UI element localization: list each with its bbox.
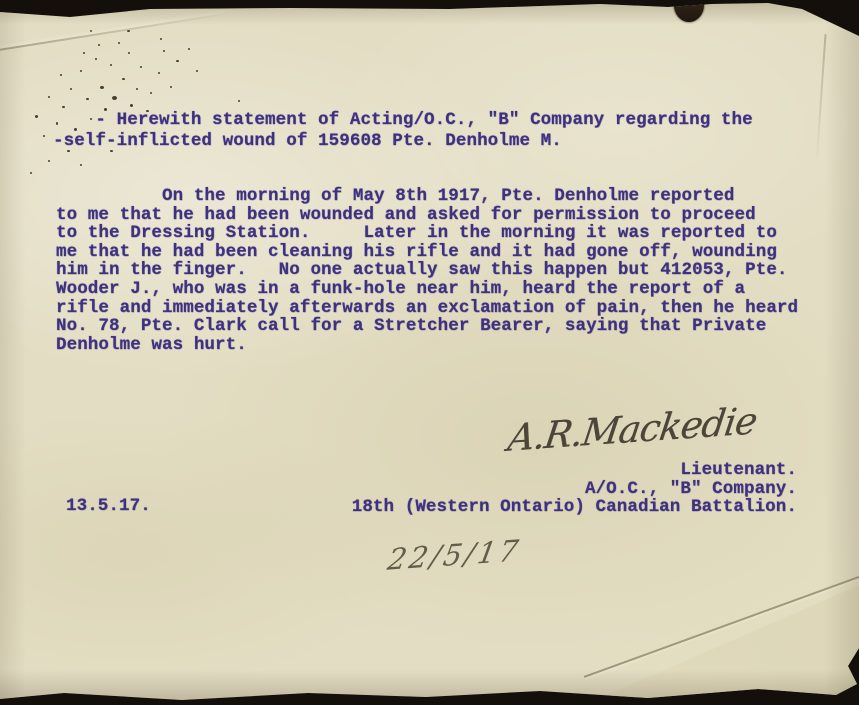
- ink-blot: [674, 0, 704, 22]
- typed-line: -self-inflicted wound of 159608 Pte. Den…: [53, 131, 753, 152]
- typed-line: rifle and immediately afterwards an excl…: [56, 299, 798, 318]
- typed-line: me that he had been cleaning his rifle a…: [56, 243, 798, 262]
- typed-line: him in the finger. No one actually saw t…: [56, 261, 798, 280]
- crease-top-left: [0, 13, 224, 52]
- signature-unit: 18th (Western Ontario) Canadian Battalio…: [352, 498, 797, 517]
- crease-right-edge: [815, 34, 826, 164]
- pencil-date: 22/5/17: [385, 533, 524, 577]
- scanned-document: - Herewith statement of Acting/O.C., "B"…: [0, 0, 859, 705]
- typed-line: - Herewith statement of Acting/O.C., "B"…: [53, 110, 753, 131]
- statement-paragraph: On the morning of May 8th 1917, Pte. Den…: [56, 187, 798, 354]
- typed-date: 13.5.17.: [66, 497, 151, 516]
- handwritten-signature: A.R.Mackedie: [505, 399, 759, 460]
- typed-line: to me that he had been wounded and asked…: [56, 206, 798, 225]
- typed-line: No. 78, Pte. Clark call for a Stretcher …: [56, 317, 798, 336]
- typed-line: Wooder J., who was in a funk-hole near h…: [56, 280, 798, 299]
- signature-block: Lieutenant. A/O.C., "B" Company. 18th (W…: [352, 461, 797, 517]
- paper: - Herewith statement of Acting/O.C., "B"…: [0, 0, 859, 705]
- signature-appointment: A/O.C., "B" Company.: [352, 480, 797, 499]
- signature-rank: Lieutenant.: [352, 461, 797, 480]
- typed-line: Denholme was hurt.: [56, 336, 798, 355]
- typed-line: On the morning of May 8th 1917, Pte. Den…: [56, 187, 798, 206]
- typed-line: to the Dressing Station. Later in the mo…: [56, 224, 798, 243]
- intro-paragraph: - Herewith statement of Acting/O.C., "B"…: [53, 110, 753, 152]
- fold-crease-line: [584, 573, 859, 677]
